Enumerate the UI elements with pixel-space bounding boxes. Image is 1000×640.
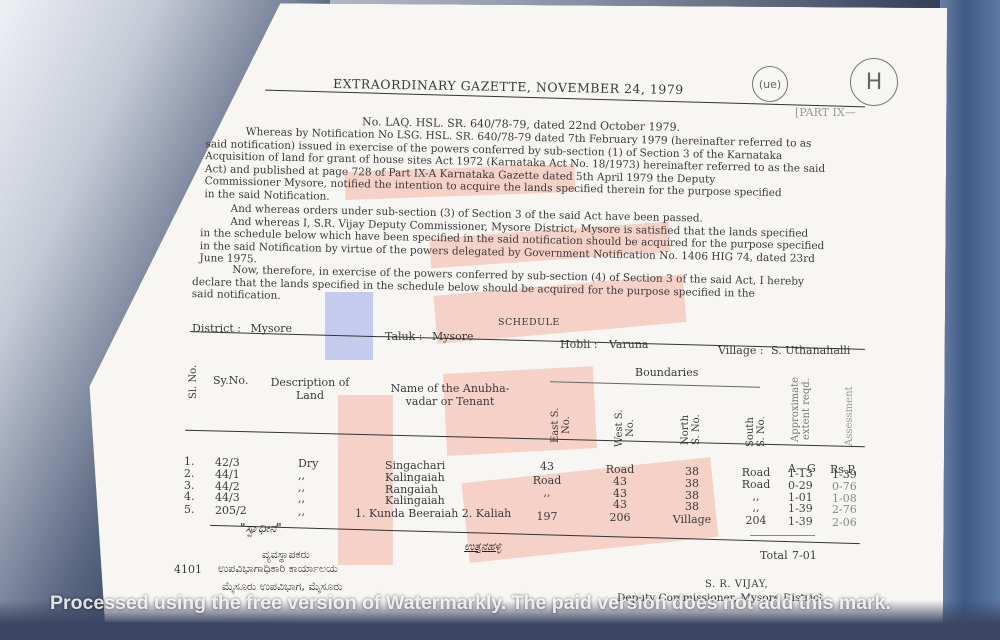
- col-header-north: North S. No.: [680, 410, 704, 450]
- cell-extent: 1-39: [788, 515, 813, 528]
- cell-east: 43: [532, 460, 562, 473]
- col-header-extent: Approximate extent reqd.: [790, 372, 816, 447]
- cell-extent: 1-39: [788, 502, 813, 515]
- stamp-circle-right: H: [850, 58, 898, 106]
- cell-south: 204: [738, 514, 774, 527]
- kannada-stamp-line-1: ವ್ಯವಸ್ಥಾಪಕರು: [262, 548, 310, 561]
- watermark-text: Processed using the free version of Wate…: [50, 592, 891, 615]
- cell-sy: 44/3: [215, 491, 240, 504]
- hobli-label: Hobli :: [560, 338, 598, 351]
- col-header-south: South S. No.: [745, 412, 769, 452]
- cell-sy: 205/2: [215, 504, 247, 517]
- schedule-title: SCHEDULE: [498, 316, 560, 329]
- hobli-value: Varuna: [609, 338, 648, 351]
- col-header-assessment: Assessment: [844, 382, 858, 450]
- cell-west: 206: [600, 511, 640, 524]
- signatory-name: S. R. VIJAY,: [705, 578, 768, 591]
- handwritten-sign: ಉತ್ತನಹಳ್ಳಿ: [464, 540, 501, 553]
- paragraph-whereas-1: Whereas by Notification No LSG. HSL. SR.…: [204, 125, 865, 214]
- cell-assessment: 2-76: [832, 503, 857, 516]
- handwritten-note: "ಸ್ವಾಧೀನ": [240, 522, 282, 535]
- cell-west: 43: [600, 498, 640, 511]
- col-header-sl-no: Sl. No.: [188, 362, 199, 402]
- col-header-description: Description of Land: [265, 376, 355, 402]
- document-content: EXTRAORDINARY GAZETTE, NOVEMBER 24, 1979…: [0, 0, 1000, 640]
- cell-sl: 5.: [184, 503, 195, 516]
- col-header-boundaries: Boundaries: [635, 366, 698, 379]
- cell-desc: ,,: [298, 505, 305, 518]
- cell-east: 197: [532, 510, 562, 523]
- cell-name: 1. Kunda Beeraiah 2. Kaliah: [355, 507, 511, 520]
- cell-name: Kalingaiah: [385, 494, 445, 507]
- col-header-name: Name of the Anubha- vadar or Tenant: [380, 382, 520, 408]
- part-label: [PART IX—: [795, 106, 856, 119]
- col-header-west: West S. No.: [614, 408, 638, 448]
- total-rule: [750, 535, 815, 536]
- page-number: 4101: [174, 563, 202, 576]
- cell-sl: 4.: [184, 490, 195, 503]
- col-header-sy-no: Sy.No.: [213, 374, 248, 387]
- hobli-field: Hobli : Varuna: [560, 338, 648, 351]
- cell-east: ,,: [532, 486, 562, 499]
- kannada-stamp-line-2: ಉಪವಿಭಾಗಾಧಿಕಾರಿ ಕಾರ್ಯಾಲಯ: [218, 562, 338, 575]
- cell-north: 38: [672, 500, 712, 513]
- stamp-circle-left: (ue): [752, 66, 788, 102]
- total-value: 7-01: [792, 549, 817, 562]
- cell-assessment: 2-06: [832, 516, 857, 529]
- cell-south: ,,: [738, 501, 774, 514]
- cell-desc: ,,: [298, 492, 305, 505]
- taluk-value: Mysore: [432, 330, 474, 343]
- cell-north: Village: [672, 513, 712, 526]
- total-label: Total: [760, 549, 788, 562]
